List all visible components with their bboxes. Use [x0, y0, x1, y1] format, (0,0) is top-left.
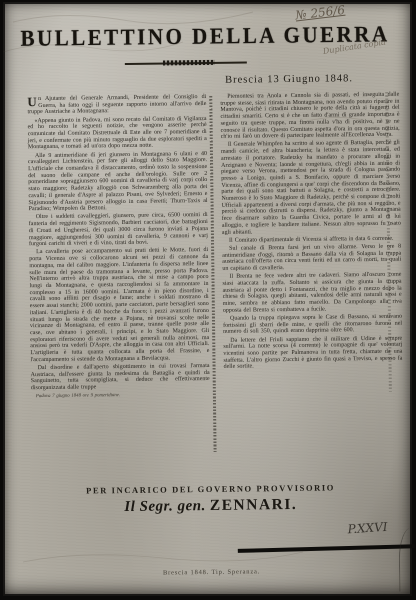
signature-name: ZENNARI. [210, 496, 298, 514]
left-column: Un Ajutante del Generale Armandi, Presid… [27, 94, 210, 401]
printer-imprint: Brescia 1848. Tip. Speranza. [7, 566, 416, 578]
paragraph: Quando la truppa ripiegava sopra le Case… [223, 314, 402, 336]
paragraph: Il Brenta ne fece vedere altri tre cadav… [222, 272, 401, 314]
paper-crease [399, 527, 416, 591]
paragraph: Un Ajutante del Generale Armandi, Presid… [27, 94, 206, 116]
paragraph: Sul canale di Brenta farsi jeri un vivo … [222, 244, 401, 273]
paragraph: Da lettere del Friuli sappiamo che il mi… [223, 335, 402, 371]
photo-frame: BULLETTINO DELLA GUERRA Brescia 13 Giugn… [0, 0, 416, 600]
signature-title: Il Segr. gen. [124, 498, 206, 515]
bottom-rule [238, 544, 415, 552]
paragraph: «Appena giunto in Padova, mi sono recato… [27, 116, 206, 152]
paragraph: Piemontesi tra Anola e Cannola sia di pa… [220, 92, 400, 141]
issue-dateline: Brescia 13 Giugno 1848. [1, 73, 353, 88]
paragraph: Il Generale Whimpfen ha scritto al suo a… [221, 140, 401, 236]
paragraph: Alle 9 antimeridiane di jeri giunsero in… [28, 151, 208, 214]
report-dateline: Padova 7 giugno 1848 ore 9 pomeridiane. [36, 392, 210, 401]
authority-line: PER INCARICO DEL GOVERNO PROVVISORIO [6, 481, 415, 496]
title-divider-rule [125, 60, 247, 67]
paragraph: Dal disordine e dall'aperto sbigottiment… [31, 363, 210, 392]
handwritten-page-mark: P.XXVI [347, 520, 388, 537]
paper-sheet: BULLETTINO DELLA GUERRA Brescia 13 Giugn… [3, 2, 412, 596]
divider-ornament [163, 60, 215, 66]
signature-line: Il Segr. gen. ZENNARI. [6, 494, 415, 517]
paragraph: Oltre i suddetti cavalleggieri, giunsero… [29, 212, 208, 248]
paragraph: La cavalleria pose accampamento sui prat… [29, 247, 209, 363]
printed-content: BULLETTINO DELLA GUERRA Brescia 13 Giugn… [0, 0, 416, 598]
handwritten-archive-number: № 256/6 [295, 3, 346, 23]
right-column: Piemontesi tra Anola e Cannola sia di pa… [220, 92, 403, 399]
